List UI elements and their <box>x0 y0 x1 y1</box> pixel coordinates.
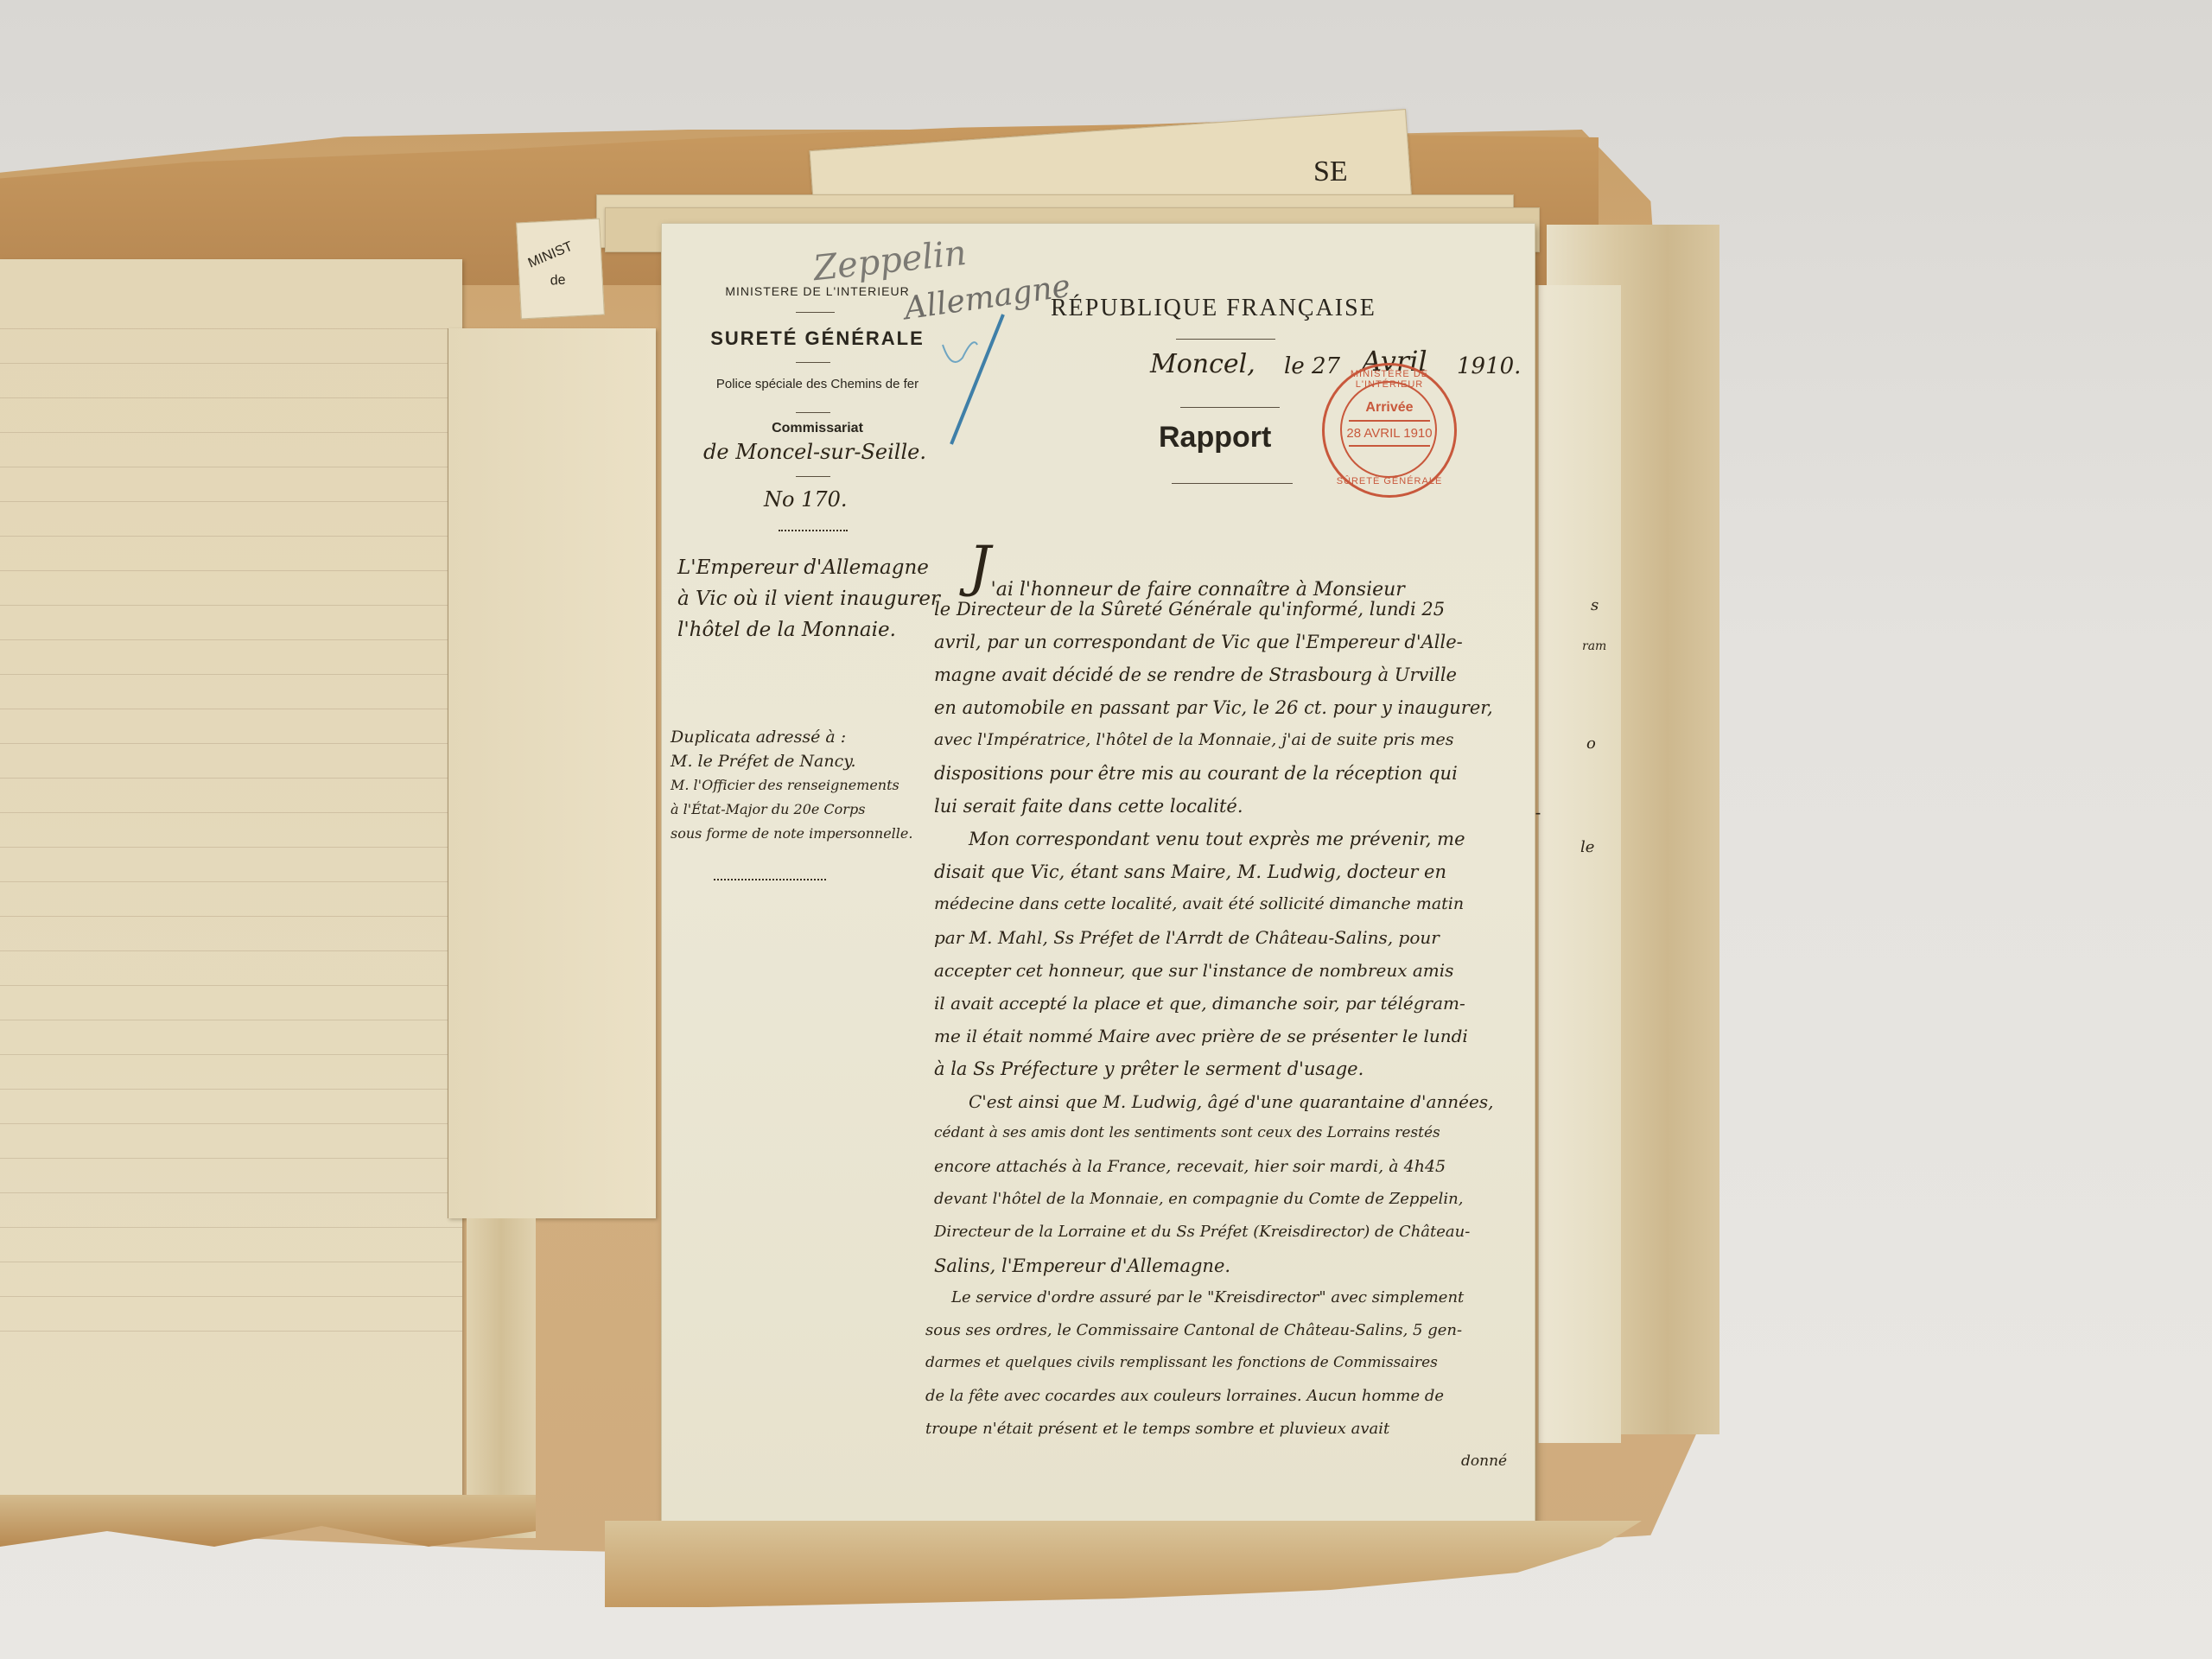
body-line: devant l'hôtel de la Monnaie, en compagn… <box>934 1190 1463 1208</box>
body-line: darmes et quelques civils remplissant le… <box>925 1354 1438 1371</box>
body-line: me il était nommé Maire avec prière de s… <box>934 1026 1468 1046</box>
subject-line: l'hôtel de la Monnaie. <box>677 614 940 645</box>
copies-line: M. le Préfet de Nancy. <box>671 749 912 773</box>
department-header: SURETÉ GÉNÉRALE <box>688 327 947 350</box>
margin-copies: Duplicata adressé à : M. le Préfet de Na… <box>671 725 912 846</box>
body-line: 'ai l'honneur de faire connaître à Monsi… <box>991 579 1405 601</box>
body-line: par M. Mahl, Ss Préfet de l'Arrdt de Châ… <box>934 927 1440 948</box>
body-line: Salins, l'Empereur d'Allemagne. <box>934 1255 1230 1276</box>
stamp-date: 28 AVRIL 1910 <box>1325 426 1454 441</box>
body-line: encore attachés à la France, recevait, h… <box>934 1157 1446 1176</box>
card-text: de <box>550 273 566 289</box>
body-line: lui serait faite dans cette localité. <box>934 796 1243 817</box>
copies-line: à l'État-Major du 20e Corps <box>671 798 912 822</box>
card-text: MINIST <box>526 239 575 272</box>
underlying-page: s ram o le <box>1538 285 1621 1443</box>
office-location: de Moncel-sur-Seille. <box>703 440 926 464</box>
copies-line: M. l'Officier des renseignements <box>671 773 912 798</box>
place: Moncel, <box>1150 349 1255 379</box>
body-line: sous ses ordres, le Commissaire Cantonal… <box>925 1321 1462 1339</box>
body-line: le Directeur de la Sûreté Générale qu'in… <box>934 599 1445 620</box>
stacked-page-edges <box>467 1218 536 1538</box>
subject-line: à Vic où il vient inaugurer <box>677 583 940 614</box>
office-label: Commissariat <box>688 421 947 436</box>
folded-sheet <box>448 328 656 1218</box>
fragment-text: o <box>1586 734 1596 753</box>
body-line: C'est ainsi que M. Ludwig, âgé d'une qua… <box>969 1091 1493 1112</box>
body-line: magne avait décidé de se rendre de Stras… <box>934 664 1457 685</box>
republic-header: RÉPUBLIQUE FRANÇAISE <box>1051 295 1376 322</box>
report-title: Rapport <box>1159 421 1271 454</box>
ministry-header: MINISTERE DE L'INTERIEUR <box>705 284 930 298</box>
left-ruled-sheet <box>0 259 462 1499</box>
copies-line: sous forme de note impersonnelle. <box>671 822 912 846</box>
body-line: de la fête avec cocardes aux couleurs lo… <box>925 1387 1444 1405</box>
body-line: accepter cet honneur, que sur l'instance… <box>934 960 1453 981</box>
body-line: en automobile en passant par Vic, le 26 … <box>934 697 1493 718</box>
body-line: avec l'Impératrice, l'hôtel de la Monnai… <box>934 730 1453 749</box>
catchword: donné <box>1461 1452 1507 1470</box>
arrival-stamp: MINISTÈRE DE L'INTÉRIEUR Arrivée 28 AVRI… <box>1322 363 1457 498</box>
stamp-ring-top: MINISTÈRE DE L'INTÉRIEUR <box>1325 369 1454 390</box>
flourish-divider <box>779 524 848 531</box>
blue-check-icon <box>938 310 1007 448</box>
body-line: il avait accepté la place et que, dimanc… <box>934 993 1465 1014</box>
pencil-annotation-top: Zeppelin <box>811 233 969 289</box>
body-line: cédant à ses amis dont les sentiments so… <box>934 1124 1440 1141</box>
subject-line: L'Empereur d'Allemagne <box>677 552 940 583</box>
body-line: dispositions pour être mis au courant de… <box>934 763 1458 784</box>
body-line: médecine dans cette localité, avait été … <box>934 894 1464 913</box>
fragment-text: s <box>1591 596 1599 614</box>
background-card: MINIST de <box>516 219 605 320</box>
background-sheet-text: SE <box>1313 156 1348 188</box>
flourish-divider <box>714 874 826 880</box>
division-header: Police spéciale des Chemins de fer <box>688 377 947 391</box>
report-number: No 170. <box>764 487 848 512</box>
date-year: 1910. <box>1457 353 1521 379</box>
body-line: Le service d'ordre assuré par le "Kreisd… <box>951 1288 1464 1306</box>
stamp-arrival: Arrivée <box>1325 400 1454 416</box>
body-line: troupe n'était présent et le temps sombr… <box>925 1420 1389 1438</box>
margin-subject: L'Empereur d'Allemagne à Vic où il vient… <box>677 552 940 645</box>
fragment-text: ram <box>1582 639 1606 653</box>
report-body: JJ'ai l'honneur de faire connaître à Mon… <box>934 545 1517 1513</box>
body-line: disait que Vic, étant sans Maire, M. Lud… <box>934 861 1446 882</box>
fragment-text: le <box>1580 838 1594 856</box>
stamp-ring-bottom: SÛRETÉ GÉNÉRALE <box>1325 476 1454 486</box>
body-line: Mon correspondant venu tout exprès me pr… <box>969 829 1465 849</box>
body-line: avril, par un correspondant de Vic que l… <box>934 632 1463 652</box>
body-line: à la Ss Préfecture y prêter le serment d… <box>934 1058 1363 1079</box>
body-line: Directeur de la Lorraine et du Ss Préfet… <box>934 1223 1470 1241</box>
copies-heading: Duplicata adressé à : <box>671 725 912 749</box>
